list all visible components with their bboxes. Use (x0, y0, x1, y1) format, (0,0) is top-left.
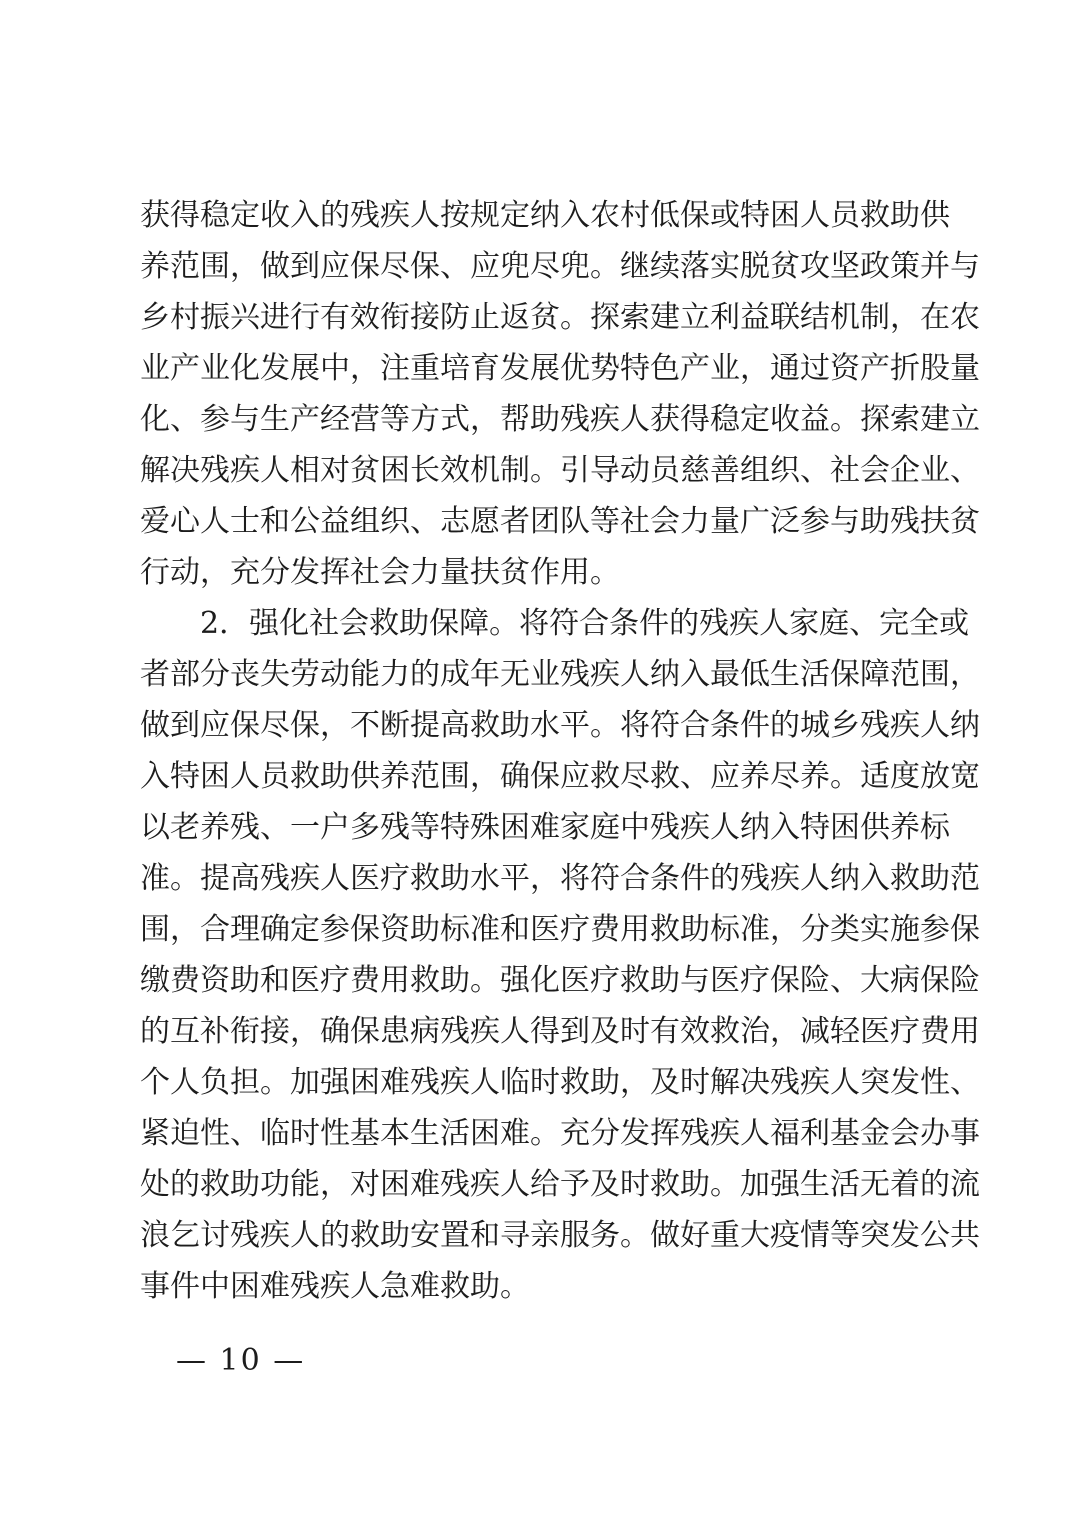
text-line: 处的救助功能，对困难残疾人给予及时救助。加强生活无着的流 (140, 1159, 948, 1210)
text-line: 获得稳定收入的残疾人按规定纳入农村低保或特困人员救助供 (140, 190, 948, 241)
text-line: 以老养残、一户多残等特殊困难家庭中残疾人纳入特困供养标 (140, 802, 948, 853)
text-line: 缴费资助和医疗费用救助。强化医疗救助与医疗保险、大病保险 (140, 955, 948, 1006)
text-line: 的互补衔接，确保患病残疾人得到及时有效救治，减轻医疗费用 (140, 1006, 948, 1057)
text-line: 个人负担。加强困难残疾人临时救助，及时解决残疾人突发性、 (140, 1057, 948, 1108)
text-line: 行动，充分发挥社会力量扶贫作用。 (140, 547, 948, 598)
text-line: 乡村振兴进行有效衔接防止返贫。探索建立利益联结机制，在农 (140, 292, 948, 343)
text-line: 浪乞讨残疾人的救助安置和寻亲服务。做好重大疫情等突发公共 (140, 1210, 948, 1261)
text-line: 化、参与生产经营等方式，帮助残疾人获得稳定收益。探索建立 (140, 394, 948, 445)
text-line: 2．强化社会救助保障。将符合条件的残疾人家庭、完全或 (140, 598, 948, 649)
page-number: — 10 — (176, 1344, 305, 1378)
text-line: 养范围，做到应保尽保、应兜尽兜。继续落实脱贫攻坚政策并与 (140, 241, 948, 292)
body-text: 获得稳定收入的残疾人按规定纳入农村低保或特困人员救助供养范围，做到应保尽保、应兜… (140, 190, 948, 1312)
text-line: 爱心人士和公益组织、志愿者团队等社会力量广泛参与助残扶贫 (140, 496, 948, 547)
text-line: 紧迫性、临时性基本生活困难。充分发挥残疾人福利基金会办事 (140, 1108, 948, 1159)
text-line: 做到应保尽保，不断提高救助水平。将符合条件的城乡残疾人纳 (140, 700, 948, 751)
text-line: 业产业化发展中，注重培育发展优势特色产业，通过资产折股量 (140, 343, 948, 394)
text-line: 入特困人员救助供养范围，确保应救尽救、应养尽养。适度放宽 (140, 751, 948, 802)
text-line: 准。提高残疾人医疗救助水平，将符合条件的残疾人纳入救助范 (140, 853, 948, 904)
text-line: 事件中困难残疾人急难救助。 (140, 1261, 948, 1312)
text-line: 围，合理确定参保资助标准和医疗费用救助标准，分类实施参保 (140, 904, 948, 955)
text-line: 者部分丧失劳动能力的成年无业残疾人纳入最低生活保障范围， (140, 649, 948, 700)
document-page: 获得稳定收入的残疾人按规定纳入农村低保或特困人员救助供养范围，做到应保尽保、应兜… (0, 0, 1074, 1520)
text-line: 解决残疾人相对贫困长效机制。引导动员慈善组织、社会企业、 (140, 445, 948, 496)
